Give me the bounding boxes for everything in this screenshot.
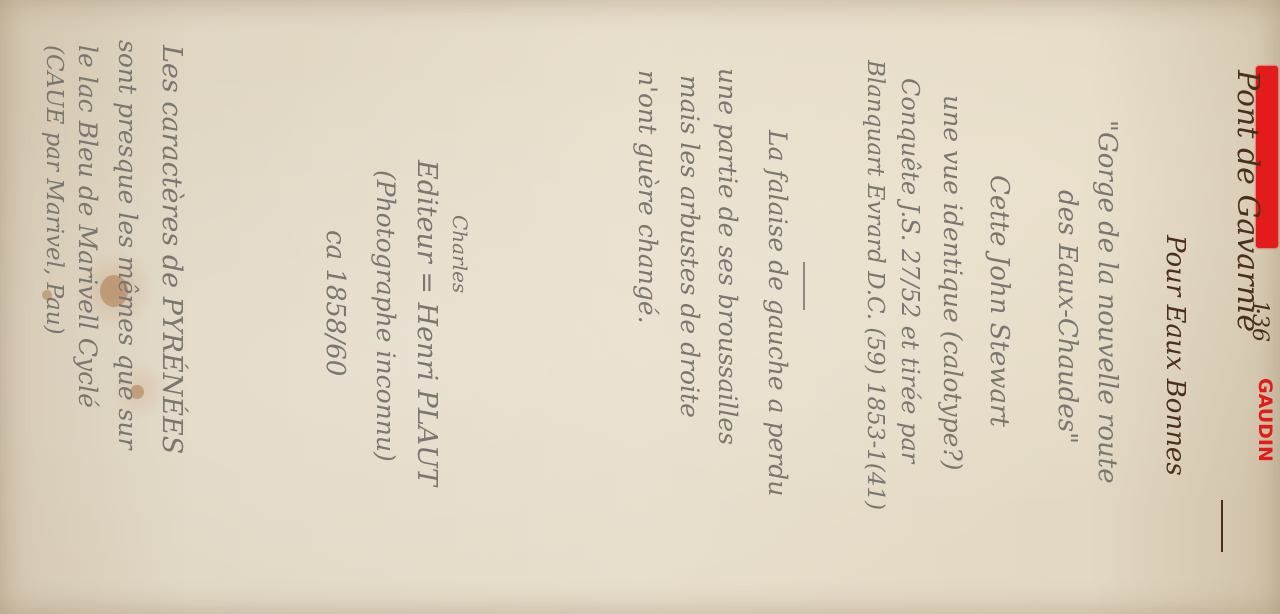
paragraph-2-line-4: n'ont guère changé. [635,70,660,324]
paragraph-3-line-2: sont presque les mêmes que sur [115,40,140,449]
paragraph-3-line-3: le lac Bleu de Marivell Cyclé [75,45,100,408]
paragraph-1-line-6: Blanquart Evrard D.C. (59) 1853-1(41) [863,60,886,510]
attribution-note: (Photographe inconnu) [373,170,398,462]
photo-card-back: Pont de Gavarnie 136 GAUDIN Pour Eaux Bo… [0,0,1280,614]
ink-subtitle: Pour Eaux Bonnes [1162,235,1188,476]
paragraph-3-line-4: (CAUE par Marivel, Pau) [42,45,65,335]
paragraph-1-line-4: une vue identique (calotype?) [940,95,965,471]
ink-title: Pont de Gavarnie [1232,70,1262,332]
ink-underline [1221,500,1223,552]
separator-line [803,262,805,310]
paragraph-2-line-2: une partie de ses broussailles [715,68,740,445]
paragraph-1-line-5: Conquête J.S. 27/52 et tirée par [898,78,922,463]
paragraph-1-line-2: des Eaux-Chaudes" [1054,190,1080,444]
attribution-editor: Editeur = Henri PLAUT [413,160,440,486]
paragraph-2-line-3: mais les arbustes de droite [677,75,702,418]
catalog-number: 136 [1248,300,1270,342]
gaudin-red-stamp: GAUDIN [1255,378,1274,462]
paragraph-1-line-1: "Gorge de la nouvelle route [1094,120,1120,484]
attribution-prefix: Charles [450,215,470,293]
paragraph-1-line-3: Cette John Stewart [986,175,1012,427]
paragraph-2-line-1: La falaise de gauche a perdu [765,130,790,496]
paragraph-3-line-1: Les caractères de PYRÉNÉES [158,45,185,454]
attribution-date: ca 1858/60 [322,230,348,376]
